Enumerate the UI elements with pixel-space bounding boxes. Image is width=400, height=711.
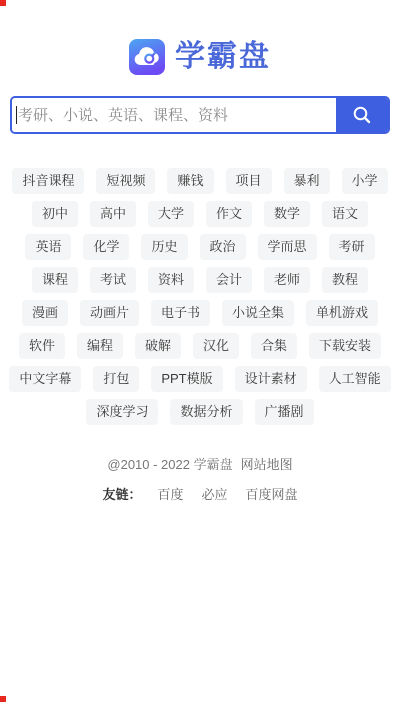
tag-button[interactable]: 合集 xyxy=(251,333,297,359)
tag-button[interactable]: 考试 xyxy=(90,267,136,293)
tag-row: 中文字幕打包PPT模版设计素材人工智能 xyxy=(0,366,400,392)
tag-button[interactable]: 学而思 xyxy=(258,234,317,260)
search-input-box xyxy=(12,98,336,132)
friend-links-label: 友链： xyxy=(102,484,141,503)
tag-button[interactable]: 设计素材 xyxy=(235,366,307,392)
tag-button[interactable]: 动画片 xyxy=(80,300,139,326)
cloud-icon xyxy=(129,39,165,75)
tag-button[interactable]: 编程 xyxy=(77,333,123,359)
tag-button[interactable]: 历史 xyxy=(141,234,187,260)
tag-button[interactable]: 抖音课程 xyxy=(12,168,84,194)
tag-button[interactable]: 语文 xyxy=(322,201,368,227)
friend-link[interactable]: 必应 xyxy=(202,484,228,503)
search-button[interactable] xyxy=(336,98,388,132)
page: 学霸盘 抖音课程短视频赚钱项目暴利小学初中高中大学作文数学语文英语化学历史政治学… xyxy=(0,0,400,711)
tag-row: 深度学习数据分析广播剧 xyxy=(0,399,400,425)
tag-button[interactable]: 汉化 xyxy=(193,333,239,359)
red-corner-marker-top xyxy=(0,0,6,6)
tag-row: 漫画动画片电子书小说全集单机游戏 xyxy=(0,300,400,326)
tag-button[interactable]: 大学 xyxy=(148,201,194,227)
tag-button[interactable]: 中文字幕 xyxy=(9,366,81,392)
tag-button[interactable]: 电子书 xyxy=(151,300,210,326)
tag-row: 课程考试资料会计老师教程 xyxy=(0,267,400,293)
tag-row: 初中高中大学作文数学语文 xyxy=(0,201,400,227)
tag-row: 英语化学历史政治学而思考研 xyxy=(0,234,400,260)
tag-button[interactable]: 打包 xyxy=(93,366,139,392)
copyright-line: @2010 - 2022 学霸盘 网站地图 xyxy=(0,454,400,473)
tag-row: 抖音课程短视频赚钱项目暴利小学 xyxy=(0,168,400,194)
tag-button[interactable]: 数据分析 xyxy=(170,399,242,425)
tag-button[interactable]: 教程 xyxy=(322,267,368,293)
tag-button[interactable]: 单机游戏 xyxy=(306,300,378,326)
tag-button[interactable]: 软件 xyxy=(19,333,65,359)
tag-button[interactable]: 课程 xyxy=(32,267,78,293)
copyright-text: @2010 - 2022 学霸盘 xyxy=(107,454,232,473)
friend-links-row: 友链： 百度必应百度网盘 xyxy=(0,484,400,503)
tag-button[interactable]: 小学 xyxy=(342,168,388,194)
tag-button[interactable]: 项目 xyxy=(226,168,272,194)
tag-button[interactable]: 广播剧 xyxy=(255,399,314,425)
tag-button[interactable]: 初中 xyxy=(32,201,78,227)
tag-button[interactable]: 化学 xyxy=(83,234,129,260)
tag-button[interactable]: 下载安装 xyxy=(309,333,381,359)
tag-button[interactable]: 高中 xyxy=(90,201,136,227)
tag-button[interactable]: 英语 xyxy=(25,234,71,260)
tag-button[interactable]: 老师 xyxy=(264,267,310,293)
tag-button[interactable]: 破解 xyxy=(135,333,181,359)
tag-button[interactable]: 小说全集 xyxy=(222,300,294,326)
tag-row: 软件编程破解汉化合集下载安装 xyxy=(0,333,400,359)
red-corner-marker-bottom xyxy=(0,696,6,702)
page-title: 学霸盘 xyxy=(175,39,271,75)
footer: @2010 - 2022 学霸盘 网站地图 友链： 百度必应百度网盘 xyxy=(0,454,400,503)
friend-link[interactable]: 百度 xyxy=(157,484,183,503)
tag-button[interactable]: 数学 xyxy=(264,201,310,227)
tag-button[interactable]: 漫画 xyxy=(22,300,68,326)
text-caret xyxy=(16,106,17,124)
tag-button[interactable]: 短视频 xyxy=(96,168,155,194)
tag-button[interactable]: 深度学习 xyxy=(86,399,158,425)
tag-button[interactable]: PPT模版 xyxy=(151,366,222,392)
tag-button[interactable]: 人工智能 xyxy=(319,366,391,392)
tag-button[interactable]: 作文 xyxy=(206,201,252,227)
sitemap-link[interactable]: 网站地图 xyxy=(241,454,293,473)
tag-button[interactable]: 暴利 xyxy=(284,168,330,194)
tag-cloud: 抖音课程短视频赚钱项目暴利小学初中高中大学作文数学语文英语化学历史政治学而思考研… xyxy=(0,168,400,425)
friend-link[interactable]: 百度网盘 xyxy=(246,484,298,503)
tag-button[interactable]: 会计 xyxy=(206,267,252,293)
tag-button[interactable]: 政治 xyxy=(200,234,246,260)
search-bar xyxy=(10,96,390,134)
tag-button[interactable]: 考研 xyxy=(329,234,375,260)
search-icon xyxy=(351,104,373,126)
tag-button[interactable]: 赚钱 xyxy=(167,168,213,194)
search-input[interactable] xyxy=(12,98,336,132)
header: 学霸盘 xyxy=(0,0,400,75)
tag-button[interactable]: 资料 xyxy=(148,267,194,293)
